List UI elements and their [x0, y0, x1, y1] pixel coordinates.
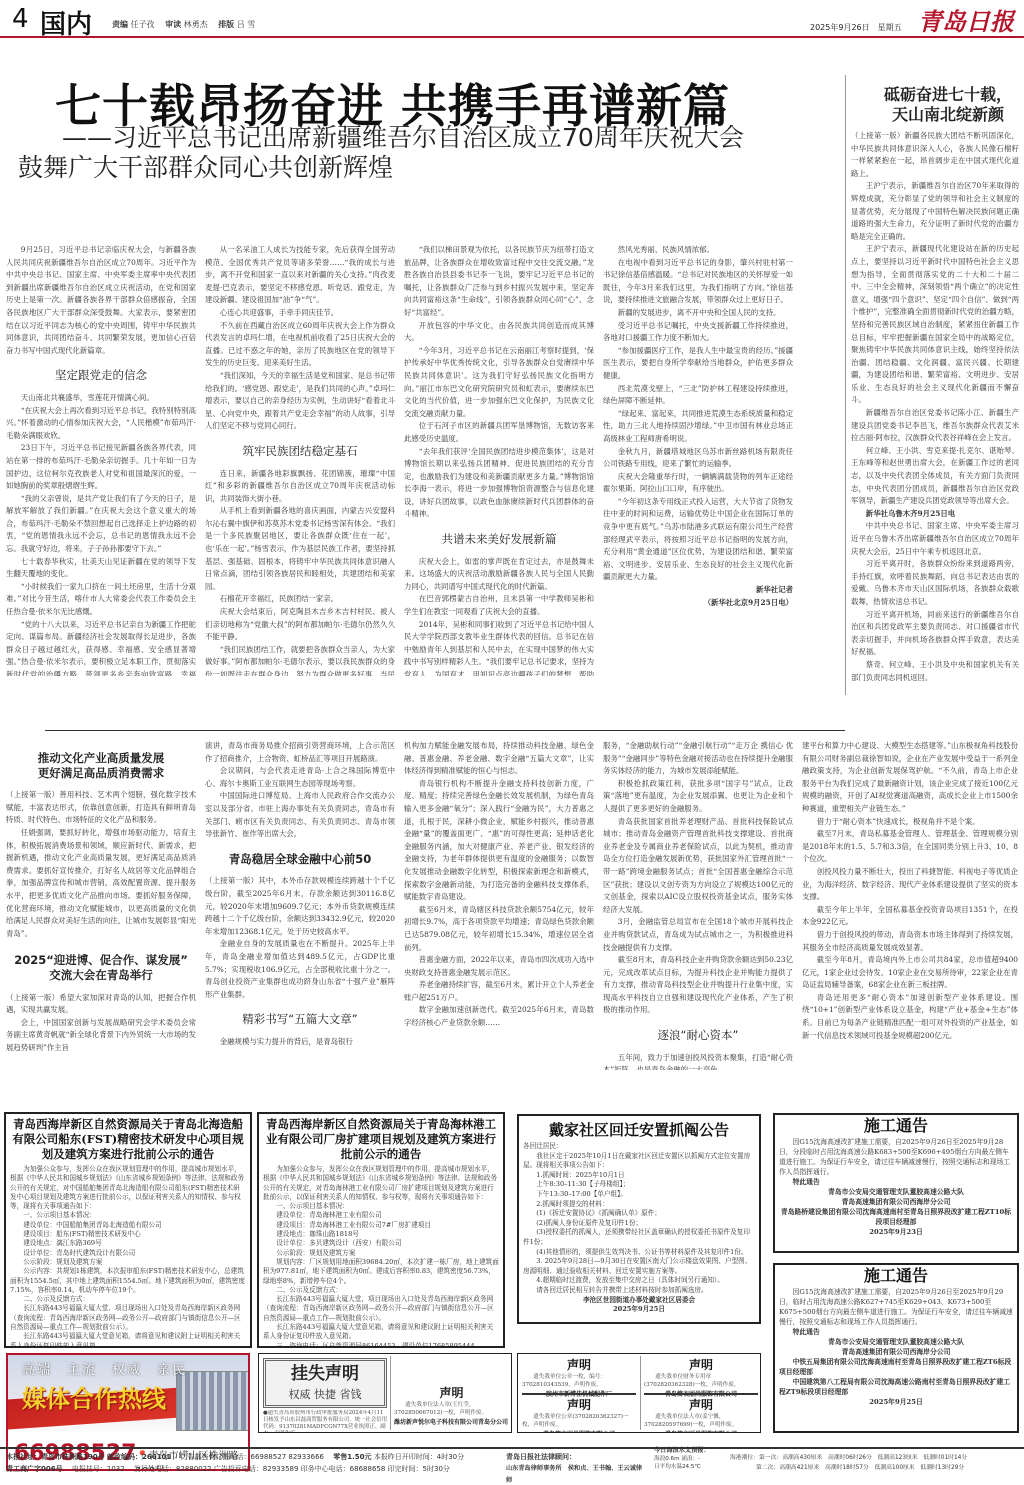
lost-notice-item: ●遗失青岛市胶州市行政审批服务局2024年4月11日核发予山东昌磊商贸服务有限公…: [263, 1410, 387, 1432]
paragraph: 3月，金融监管总局宣布在全国18个城市开展科技企业并购贷款试点，青岛成为试点城市…: [603, 916, 793, 954]
paragraph: 养老金融持续扩容，截至6月末，累计开立个人养老金账户超251万户。: [404, 979, 594, 1004]
notice-planning-fst: 青岛西海岸新区自然资源局关于青岛北海造船有限公司船东(FST)精密技术研发中心项…: [4, 1112, 252, 1348]
notice-signer: 中国建筑第八工程局有限公司沈海高速公路南村至青岛日照界段改扩建工程ZT9标段项目…: [779, 1377, 1013, 1397]
paragraph: 位于石河子市区的新疆兵团军垦博物馆，无数访客来此感受历史温度。: [404, 420, 594, 445]
section-heading: 筑牢民族团结稳定基石: [205, 445, 395, 458]
paragraph: 何立峰、王小洪、雪克来提·扎克尔、谌贻琴、王东峰等和赵世勇出席大会，在新疆工作过…: [851, 445, 1019, 508]
divider: [644, 1393, 758, 1395]
paragraph: 会议期间，与会代表走进青岛·上合之珠国际博览中心、海尔卡奥斯工业互联网生态园等现…: [205, 765, 395, 790]
paragraph: （上接第一版）新疆各民族大团结不断巩固深化，中华民族共同体意识深入人心，各族人民…: [851, 130, 1019, 180]
lead-deck: 鼓舞广大干部群众同心共创新辉煌: [18, 148, 393, 184]
paragraph: 在电视中看到习近平总书记的身影，肇兴村驻村第一书记徐信基倍感温暖。“总书记对民族…: [603, 257, 793, 307]
legal-counsel: 山东青岛律师事务所 侯和贞、王书翰、王云诚律师: [506, 1463, 646, 1485]
paragraph: 蔡奇、何立峰、王小洪及中央和国家机关有关部门负责同志同机返回。: [851, 659, 1019, 684]
notice-text: 设计单位：多贝建筑设计（西安）有限公司: [263, 1239, 499, 1248]
tide-label: 海港潮位：: [730, 1455, 759, 1461]
notice-text: 因G15沈海高速改扩建施工需要，自2025年9月26日至2025年9月29日，临…: [779, 1287, 1013, 1327]
water-temp: 日平均水温24.5℃: [654, 1463, 724, 1471]
footer-telegraph: 电报挂号：1032: [72, 1465, 125, 1473]
notice-date: 2025年9月25日: [523, 1305, 755, 1315]
notice-title: 青岛西海岸新区自然资源局关于青岛北海造船有限公司船东(FST)精密技术研发中心项…: [6, 1114, 250, 1165]
notice-text: 一、公示项目基本情况：: [10, 1211, 246, 1220]
notice-title: 戴家社区回迁安置抓阄公告: [519, 1116, 759, 1142]
paragraph: 建平台和算力中心建设、大模型生态搭建等。”山东极视角科技股份有限公司财务副总裁徐…: [802, 740, 1018, 816]
credit-role: 审读: [165, 20, 181, 29]
section-heading: 精彩书写“五篇大文章”: [205, 1013, 395, 1026]
notice-signer: 青岛高速集团有限公司西海岸分公司: [779, 1347, 1013, 1357]
notice-text: 我社区定于2025年10月1日在戴家社区回迁安置区以抓阄方式定位安置房屋。现将相…: [523, 1152, 755, 1171]
paragraph: 习近平离开时，各族群众纷纷来到道路两旁，手持红旗，欢呼着民族舞蹈，向总书记表达由…: [851, 558, 1019, 608]
paragraph: 23日下午，习近平总书记接见新疆各族各界代表，同站在第一排的布茹玛汗·毛勒朵亲切…: [6, 442, 196, 492]
notice-title: 施工通告: [775, 1115, 1017, 1137]
declaration: 声明 遗失我单位公章一枚，编号：3702810343539，声明作废。 胶州市新…: [522, 1356, 636, 1398]
notice-text: 长江东路443号福瀛大厦大堂、项目现场出入口处及青岛西海岸新区政务网（查询流程：…: [263, 1295, 499, 1323]
lead-column-2: 从一名采油工人成长为技能专家，先后获得全国劳动模范、全国优秀共产党员等诸多荣誉……: [205, 244, 395, 676]
byline: 新华社记者: [603, 584, 793, 597]
notice-signer: 青岛市公安局交通管理支队董胶高速公路大队: [779, 1337, 1013, 1347]
paragraph: （上接第一版）其中，本外币存款规模连续跨越十个千亿级台阶，截至2025年6月末，…: [205, 875, 395, 938]
ad-tagline: 高端 主流 权威 亲民: [22, 1359, 187, 1378]
paragraph: 五年间，致力于加速创投风投资本聚集，打造“耐心资本”矩阵，也是青岛金融的一大亮色…: [603, 1052, 793, 1070]
bottom-column-3: 机构加力赋能金融发展布局，持续推动科技金融、绿色金融、普惠金融、养老金融、数字金…: [404, 740, 594, 1070]
editor-credits: 责编 任子孜 审读 林勇杰 排版 吕 雪: [104, 19, 255, 30]
notice-signer: 青岛路桥建设集团有限公司沈海高速南村至青岛日照界段改扩建工程ZT10标段项目经理…: [779, 1207, 1013, 1227]
story-title: 交流大会在青岛举行: [6, 969, 196, 982]
paragraph: 普惠金融方面，2022年以来，青岛市四次成功入选中央财政支持普惠金融发展示范区。: [404, 954, 594, 979]
notice-text: 建设单位：青岛海林港工业有限公司: [263, 1211, 499, 1220]
notice-text: 3. 2025年9月28日—9月30日在安置区南大门公示楼盘效果图、户型图、房源…: [523, 1257, 755, 1276]
paragraph: 机构加力赋能金融发展布局，持续推动科技金融、绿色金融、普惠金融、养老金融、数字金…: [404, 740, 594, 778]
paragraph: “党的十八大以来，习近平总书记亲自为新疆工作把舵定向、谋篇布局。新疆经济社会发展…: [6, 619, 196, 676]
footer-ad-phone: 广告部咨询订报电话：66988527 82933666: [181, 1453, 324, 1461]
credit-name: 吕 雪: [237, 20, 256, 29]
paragraph: （上接第一版）希望大家加深对青岛的认知，把握合作机遇，实现共赢发展。: [6, 992, 196, 1017]
notice-text: 各回迁居民：: [523, 1142, 755, 1152]
paragraph: 连日来，新疆各地彩旗飘扬、花团锦簇，璀璨“中国红”和多彩的新疆维吾尔自治区成立7…: [205, 468, 395, 506]
notice-text: 设计单位：青岛时代建筑设计有限公司: [10, 1249, 246, 1258]
paragraph: 石榴花开幸福红，民族团结一家亲。: [205, 593, 395, 606]
notice-text: 特此通告: [779, 1177, 1013, 1187]
paragraph: 金秋九月，新疆塔城地区乌苏市新丝路机场有限责任公司铁路专用线，迎来了繁忙的运输季…: [603, 446, 793, 471]
story-title: 推动文化产业高质量发展: [6, 752, 196, 765]
tide-row: 第一次：高潮高430厘米 高潮时06时26分 低潮高123厘米 低潮时01时14…: [759, 1455, 967, 1461]
paragraph: “去年我们获评‘全国民族团结进步模范集体’，这是对博物馆长期以来弘扬兵团精神、促…: [404, 446, 594, 522]
declaration-body: 遗失我单位法人章(姜宁馨，3702820597699)一枚，声明作废。: [644, 1413, 758, 1429]
paragraph: 任娟强调，要抓好转化，增强市场驱动能力，培育主体，积极拓展消费场景和领域，顺应新…: [6, 827, 196, 940]
credit-role: 排版: [218, 20, 234, 29]
bottom-column-2: 演讲，青岛市商务局推介招商引资营商环境，上合示范区作了招商推介，上合物资、虹桥品…: [205, 740, 395, 1070]
paragraph: 金融规模与实力提升的背后，是青岛银行: [205, 1036, 395, 1049]
declaration: 声明 遗失我单位法人章(王红莹，3702850667012)一枚，声明作废。 潍…: [394, 1384, 509, 1426]
side-story-body: （上接第一版）新疆各民族大团结不断巩固深化，中华民族共同体意识深入人心，各族人民…: [851, 130, 1019, 695]
footer-price: 零售1.50元: [333, 1453, 371, 1461]
notice-text: 二、公示及反馈方式：: [263, 1286, 499, 1295]
paragraph: 七十载春华秋实，壮美天山见证新疆在党的领导下发生翻天覆地的变化。: [6, 556, 196, 581]
tide-table: 海港潮位：第一次：高潮高430厘米 高潮时06时26分 低潮高123厘米 低潮时…: [730, 1453, 1022, 1473]
paragraph: 青岛还用更多“耐心资本”加速创新型产业体系建设。围绕“10+1”创新型产业体系设…: [802, 992, 1018, 1042]
declaration-signer: 青岛简衣丽尚服饰有限公司: [522, 1429, 636, 1433]
paragraph: 不久前在西藏自治区成立60周年庆祝大会上作为群众代表发言的卓玛仁增，在电视机前收…: [205, 320, 395, 370]
notice-text: (1)《拆迁安置协议》《抓阄确认单》原件；: [523, 1209, 755, 1219]
notice-text: 上午8:30–11:30【子母楼组】；: [523, 1180, 755, 1190]
column-divider: [640, 1356, 641, 1430]
notice-text: 建设项目：船东(FST)精密技术研发中心: [10, 1230, 246, 1239]
credit-name: 林勇杰: [184, 20, 208, 29]
notice-text: 为加强公众参与，发挥公众在我区规划管理中的作用，提高城市规划水平，根据《中华人民…: [10, 1165, 246, 1211]
section-name: 国内: [40, 4, 92, 41]
section-heading: 坚定跟党走的信念: [6, 369, 196, 382]
paragraph: 从手机上看到新疆各地的喜庆画面，内蒙古兴安盟科尔沁右翼中旗伊和苏莫苏木党委书记杨…: [205, 505, 395, 593]
paragraph: 在巴音郭楞蒙古自治州，且末县第一中学教师吴彬和学生们在教室一同观看了庆祝大会的直…: [404, 593, 594, 618]
notice-text: (4)其他情形的，须提供生效判决书、公证书等材料原件及其复印件1份。: [523, 1248, 755, 1258]
paragraph: 中国国际进口博览局、上海市人民政府合作交流办公室以及部分省、市驻上海办事处有关负…: [205, 790, 395, 840]
paragraph: 创投风投力量不断壮大，投出了科捷智能、科视电子等优质企业，为海洋经济、数字经济、…: [802, 866, 1018, 904]
notice-signer: 中铁五局集团有限公司沈海高速南村至青岛日照界段改扩建工程ZT6标段项目经理部: [779, 1357, 1013, 1377]
notice-text: 公示阶段：规划及建筑方案: [263, 1249, 499, 1258]
paragraph: 截至7月末，青岛私募基金管理人、管理基金、管理规模分别是2018年末的1.5、5…: [802, 828, 1018, 866]
issue-date: 2025年9月26日 星期五: [810, 22, 902, 33]
notice-construction-1: 施工通告 因G15沈海高速改扩建施工需要，自2025年9月26日至2025年9月…: [773, 1113, 1019, 1253]
lost-notice-box: 挂失声明 权威 快捷 省钱 ●遗失青岛市胶州市行政审批服务局2024年4月11日…: [258, 1353, 512, 1433]
notice-text: 长江东路443号福瀛大厦大堂意见箱，请将意见和建议附上证明相关利害关系人身份证复…: [263, 1323, 499, 1342]
notice-text: 请各回迁居民相互转告并携带上述材料按时参加抓阄选房。: [523, 1286, 755, 1296]
paragraph: 截至6月末，青岛辖区科技贷款余额5754亿元，较年初增长9.7%，高于各项贷款平…: [404, 904, 594, 954]
side-story-title: 砥砺奋进七十载，天山南北绽新颜: [878, 85, 1018, 125]
notice-text: 公示阶段：规划及建筑方案: [10, 1258, 246, 1267]
paragraph: “参加援疆医疗工作，是我人生中最宝贵的经历。”援疆医生表示，要把自身所学奉献给当…: [603, 345, 793, 383]
column-divider: [390, 1356, 391, 1430]
notice-text: 下午13:30–17:00【单户组】。: [523, 1190, 755, 1200]
paragraph: 截至今年8月，青岛境内外上市公司共84家，总市值超9400亿元，1家企业过会待发…: [802, 954, 1018, 992]
declaration: 声明 遗失我单位财务专用章(3702820362328)一枚，声明作废。 青岛简…: [644, 1356, 758, 1398]
paragraph: 习近平离开机场，同前来送行的新疆维吾尔自治区和兵团党政军主要负责同志、对口援疆省…: [851, 609, 1019, 659]
declaration-signer: 潍坊新声悦尔电子科技有限公司青岛分公司: [394, 1417, 509, 1426]
footer-print-end: 印完时间：5时30分: [388, 1465, 450, 1473]
notice-text: 三、咨询电话：区自然资源局86164453，建设单位17685895444: [263, 1342, 499, 1348]
lead-column-3: “我们以梯田景观为依托，以各民族节庆为纽带打造文旅品牌，让各族群众在增收致富过程…: [404, 244, 594, 676]
declaration-title: 声明: [522, 1396, 636, 1413]
declaration: 声明 遗失我单位公章(3702820362327)一枚，声明作废。 青岛简衣丽尚…: [522, 1396, 636, 1433]
paragraph: “今年初这条专用线正式投入运营，大大节省了货物发往中亚的时间和运费，运输优势让中…: [603, 496, 793, 584]
paragraph: 受习近平总书记嘱托，中央支援新疆工作持续推进，各地对口援疆工作力度不断加大。: [603, 320, 793, 345]
paragraph: “我的父亲曾说，是共产党让我们有了今天的日子，是解放军解放了我们新疆。”在庆祝大…: [6, 493, 196, 556]
paragraph: 从一名采油工人成长为技能专家，先后获得全国劳动模范、全国优秀共产党员等诸多荣誉……: [205, 244, 395, 307]
dateline: 新华社乌鲁木齐9月25日电: [851, 508, 1019, 521]
notice-text: 1.抓阄时间：2025年10月1日: [523, 1171, 755, 1181]
paragraph: 庆祝大会隆重举行时，一辆辆满载货物的列车正途经霍尔果斯、阿拉山口口岸，有序驶出。: [603, 471, 793, 496]
declaration-title: 声明: [644, 1396, 758, 1413]
paragraph: 西北荒漠戈壁上，“三北”防护林工程建设持续推进，绿色屏障不断延伸。: [603, 383, 793, 408]
notice-signer: 青岛高速集团有限公司西海岸分公司: [779, 1197, 1013, 1207]
declaration-title: 声明: [394, 1384, 509, 1401]
declaration-body: 遗失我单位财务专用章(3702820362328)一枚，声明作废。: [644, 1373, 758, 1389]
notice-title: 青岛西海岸新区自然资源局关于青岛海林港工业有限公司厂房扩建项目规划及建筑方案进行…: [259, 1114, 503, 1165]
footer-legal: 青岛日报社法律顾问： 山东青岛律师事务所 侯和贞、王书翰、王云诚律师: [506, 1451, 646, 1485]
divider: [522, 1393, 636, 1395]
ad-headline: 媒体合作热线: [22, 1379, 166, 1414]
paragraph: “小时候我们一家九口挤在一间土坯房里，生活十分艰难。”对比今昔生活，喀什市人大常…: [6, 581, 196, 619]
footer-rule: [0, 1447, 1024, 1449]
declaration-body: 遗失我单位公章(3702820362327)一枚，声明作废。: [522, 1413, 636, 1429]
declaration: 声明 遗失我单位法人章(姜宁馨，3702820597699)一枚，声明作废。 青…: [644, 1396, 758, 1433]
paragraph: “绿起来、富起来，共同推进荒漠生态系统质量和稳定性，助力三北人地持续固沙增绿。”…: [603, 408, 793, 446]
paragraph: 金融业自身的发展质量也在不断提升。2025年上半年，青岛金融业增加值达到489.…: [205, 938, 395, 1001]
notice-planning-hailin: 青岛西海岸新区自然资源局关于青岛海林港工业有限公司厂房扩建项目规划及建筑方案进行…: [257, 1112, 505, 1348]
paragraph: 青岛获批国家首批养老理财产品、首批科技保险试点城市；推动青岛金融资产管理首批科技…: [603, 816, 793, 917]
paragraph: 会上，中国国家创新与发展战略研究会学术委员会常务副主席黄奇帆就“新全球化背景下内…: [6, 1017, 196, 1055]
lost-notice-banner: 挂失声明 权威 快捷 省钱: [263, 1358, 387, 1408]
notice-signer: 青岛市公安局交通管理支队董胶高速公路大队: [779, 1187, 1013, 1197]
paragraph: 王沪宁表示，新疆维吾尔自治区70年来取得的辉煌成就，充分彰显了党的领导和社会主义…: [851, 180, 1019, 243]
paragraph: 庆祝大会上，如雷的掌声既在肯定过去，亦是鼓舞未来。这场盛大的庆祝活动激励新疆各族…: [404, 556, 594, 594]
paragraph: 开放包容的中华文化，由各民族共同创造而成其博大。: [404, 320, 594, 345]
paragraph: 中共中央总书记、国家主席、中央军委主席习近平在乌鲁木齐出席新疆维吾尔自治区成立7…: [851, 520, 1019, 558]
paragraph: 庆祝大会结束后，阿克陶县木吉乡木吉村村民、被人们亲切地称为“党徽大叔”的阿布都加…: [205, 606, 395, 644]
notice-text: 长江东路443号福瀛大厦大堂意见箱，请将意见和建议附上证明相关利害关系人身份证复…: [10, 1332, 246, 1348]
lead-column-4: 然风光秀丽、民族风情浓郁。 在电视中看到习近平总书记的身影，肇兴村驻村第一书记徐…: [603, 244, 793, 690]
paragraph: 截至8月末，青岛科技企业并购贷款余额达到50.23亿元，完成改革试点目标，为提升…: [603, 954, 793, 1017]
footer-address: 本报社址：青岛市株洲路190号 邮政编码：266101: [6, 1453, 171, 1461]
notice-relocation-lottery: 戴家社区回迁安置抓阄公告 各回迁居民： 我社区定于2025年10月1日在戴家社区…: [517, 1114, 761, 1324]
paragraph: 服务，“金融助航行动”“金融引航行动”“走万企 携信心 优服务”“金融同步”等特…: [603, 740, 793, 778]
tide-forecast: 今日海浪水文预报： 海浪0.6m 涌浪：- 日平均水温24.5℃: [654, 1447, 724, 1471]
notice-construction-2: 施工通告 因G15沈海高速改扩建施工需要，自2025年9月26日至2025年9月…: [773, 1263, 1019, 1433]
notice-date: 2025年9月23日: [779, 1227, 1013, 1237]
column-divider: [845, 75, 846, 695]
notice-text: 规划内容：厂区规划用地面积39684.20㎡，本次扩建一栋厂房，地上建筑面积为9…: [263, 1258, 499, 1286]
paragraph: “我们民族团结工作，就要把各族群众当亲人，为大家做好事。”阿布都加帕尔·毛德尔表…: [205, 644, 395, 676]
credit-role: 责编: [112, 20, 128, 29]
paragraph: 新疆的发展进步，离不开中央和全国人民的支持。: [603, 307, 793, 320]
paragraph: “我们深知，今天的幸福生活是党和国家、是总书记带给我们的。‘感党恩、跟党走’，是…: [205, 370, 395, 433]
lost-notice-slogan: 权威 快捷 省钱: [266, 1387, 384, 1403]
lost-notice-title: 挂失声明: [266, 1361, 384, 1387]
story-title: 2025“迎进博、促合作、谋发展”: [6, 954, 196, 967]
legal-counsel-label: 青岛日报社法律顾问：: [506, 1451, 646, 1463]
notice-text: 公示内容：共规划1栋建筑，本次报审船东(FST)精密技术研发中心，总建筑面积为1…: [10, 1267, 246, 1295]
bottom-column-1: 推动文化产业高质量发展 更好满足高品质消费需求 （上接第一版）善用科技、艺术两个…: [6, 740, 196, 1070]
tide-title: 今日海浪水文预报：: [654, 1447, 724, 1455]
paragraph: 9月25日，习近平总书记亲临庆祝大会，与新疆各族人民共同庆祝新疆维吾尔自治区成立…: [6, 244, 196, 357]
notice-text: 建设地点：珈珠山路1818号: [263, 1230, 499, 1239]
paragraph: 心连心共迎盛事，手牵手同庆佳节。: [205, 307, 395, 320]
declaration-title: 声明: [522, 1356, 636, 1373]
notice-date: 2025年9月25日: [779, 1397, 1013, 1407]
wave-height: 海浪0.6m 涌浪：-: [654, 1455, 724, 1463]
newspaper-logo: 青岛日报: [918, 2, 1014, 37]
notice-text: 建设项目：青岛海林港工业有限公司7#厂房扩建项目: [263, 1221, 499, 1230]
page-number: 4: [12, 4, 29, 34]
declaration-body: 遗失我单位法人章(王红莹，3702850667012)一枚，声明作废。: [394, 1401, 509, 1417]
paragraph: 数字金融加速创新迭代。截至2025年6月末，青岛数字经济核心产业贷款余额……: [404, 1004, 594, 1029]
paragraph: 青岛银行机构不断提升金融支持科技创新力度，广度、精度；持续完善绿色金融长效发展机…: [404, 778, 594, 904]
paragraph: 2014年，吴彬和同事们收到了习近平总书记给中国人民大学学院西部支教毕业生群体代…: [404, 619, 594, 676]
declaration-body: 遗失我单位公章一枚，编号：3702810343539，声明作废。: [522, 1373, 636, 1389]
paragraph: “我们以梯田景观为依托，以各民族节庆为纽带打造文旅品牌，让各族群众在增收致富过程…: [404, 244, 594, 320]
story-title: 更好满足高品质消费需求: [6, 767, 196, 780]
declaration-signer: 青岛简衣丽尚服饰有限公司: [644, 1429, 758, 1433]
paragraph: 王沪宁表示，新疆现代化建设站在新的历史起点上，要坚持以习近平新时代中国特色社会主…: [851, 243, 1019, 407]
lead-column-1: 9月25日，习近平总书记亲临庆祝大会，与新疆各族人民共同庆祝新疆维吾尔自治区成立…: [6, 244, 196, 676]
paragraph: 演讲，青岛市商务局推介招商引资营商环境，上合示范区作了招商推介，上合物资、虹桥品…: [205, 740, 395, 765]
notice-text: 4.超期临时过渡费，发放至集中交房之日（具体时间另行通知）。: [523, 1276, 755, 1286]
section-rule: [45, 730, 845, 731]
notice-text: (2)抓阄人身份证原件及复印件1份；: [523, 1219, 755, 1229]
paragraph: 新疆维吾尔自治区党委书记陈小江、新疆生产建设兵团党委书记李邑飞，维吾尔族群众代表…: [851, 407, 1019, 445]
declaration-title: 声明: [644, 1356, 758, 1373]
notice-text: 长江东路443号福瀛大厦大堂、项目现场出入口处及青岛西海岸新区政务网（查询流程：…: [10, 1304, 246, 1332]
footer-print-center-phone: 印务中心电话：68688658: [301, 1465, 386, 1473]
paragraph: 借力于“耐心资本”快速成长，极视角并不是个案。: [802, 816, 1018, 829]
bottom-column-4: 服务，“金融助航行动”“金融引航行动”“走万企 携信心 优服务”“金融同步”等特…: [603, 740, 793, 1070]
footer-distribution-phone: 发行处电话：82880022: [134, 1465, 212, 1473]
notice-signer: 李沧区世园街道办事处戴家社区居委会: [523, 1296, 755, 1306]
paragraph: “在庆祝大会上再次看到习近平总书记，我特别特别高兴。”怀着激动的心情参加庆祝大会…: [6, 405, 196, 443]
paragraph: “今年3月，习近平总书记在云南丽江考察时提到，‘保护传承好中华优秀传统文化，引导…: [404, 345, 594, 421]
footer-info: 本报社址：青岛市株洲路190号 邮政编码：266101 广告部咨询订报电话：66…: [6, 1451, 506, 1475]
notice-text: 因G15沈海高速改扩建施工需要，自2025年9月26日至2025年9月28日，分…: [779, 1137, 1013, 1177]
paragraph: （上接第一版）善用科技、艺术两个翅膀，强化数字技术赋能，丰富表达形式，依靠创意创…: [6, 789, 196, 827]
paragraph: 积极抢抓政策红利，获批多项“国字号”试点，让政策“落地”更有温度，为企业发展添翼…: [603, 778, 793, 816]
footer-complaint-phone: 广告投诉电话：82933589: [214, 1465, 299, 1473]
notice-text: (3)授权委托的抓阄人，还须携带经社区盖章确认的授权委托书原件及复印件1份；: [523, 1228, 755, 1247]
notice-text: 2.抓阄时须提交的材料：: [523, 1200, 755, 1210]
tide-row: 第二次：高潮高421厘米 高潮时18时57分 低潮高100厘米 低潮时13时29…: [730, 1463, 1022, 1473]
notice-text: 为加强公众参与，发挥公众在我区规划管理中的作用，提高城市规划水平，根据《中华人民…: [263, 1165, 499, 1202]
building-image: [176, 1371, 250, 1431]
story-title: 青岛稳居全球金融中心前50: [205, 853, 395, 866]
notice-text: 建设地点：漓江东路369号: [10, 1239, 246, 1248]
declarations-box: 声明 遗失我单位公章一枚，编号：3702810343539，声明作废。 胶州市新…: [517, 1353, 761, 1433]
section-heading: 逐浪“耐心资本”: [603, 1029, 793, 1042]
dateline: （新华社北京9月25日电）: [603, 597, 793, 610]
notice-text: 特此通告: [779, 1327, 1013, 1337]
credit-name: 任子孜: [131, 20, 155, 29]
section-heading: 共谱未来美好发展新篇: [404, 533, 594, 546]
footer-license: 青工商广字006号: [6, 1465, 63, 1473]
notice-text: 建设单位：中国船舶集团青岛北海造船有限公司: [10, 1221, 246, 1230]
bottom-column-5: 建平台和算力中心建设、大模型生态搭建等。”山东极视角科技股份有限公司财务副总裁徐…: [802, 740, 1018, 1070]
paragraph: 然风光秀丽、民族风情浓郁。: [603, 244, 793, 257]
notice-title: 施工通告: [775, 1265, 1017, 1287]
paragraph: 截至今年上半年，全国私募基金投资青岛项目1351个，在投本金922亿元。: [802, 904, 1018, 929]
paragraph: 借力于创投风投的带动，青岛资本市场主体得到了持续发展，其服务全市经济高质量发展成…: [802, 929, 1018, 954]
paragraph: 天山南北共襄盛举，雪莲花开情满心间。: [6, 392, 196, 405]
footer-print-start: 本报昨日开印时间：4时30分: [374, 1453, 464, 1461]
